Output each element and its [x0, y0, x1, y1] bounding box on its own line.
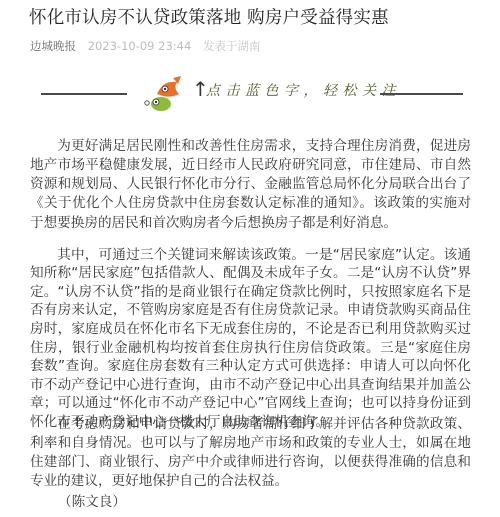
- divider-left: [41, 93, 127, 95]
- article-meta: 边城晚报 2023-10-09 23:44 发表于湖南: [30, 38, 260, 54]
- publish-date: 2023-10-09 23:44: [88, 39, 192, 53]
- follow-banner[interactable]: ↑ 点击蓝色字，轻松关注: [0, 72, 500, 114]
- follow-prompt[interactable]: 点击蓝色字，轻松关注: [206, 80, 401, 102]
- publish-location: 发表于湖南: [203, 39, 261, 53]
- fish-logo-icon: [143, 74, 191, 114]
- paragraph-1: 为更好满足居民刚性和改善性住房需求，支持合理住房消费，促进房地产市场平稳健康发展…: [30, 137, 471, 233]
- paragraph-2: 其中，可通过三个关键词来解读该政策。一是“居民家庭”认定。该通知所称“居民家庭”…: [30, 246, 471, 432]
- article-title: 怀化市认房不认贷政策落地 购房户受益得实惠: [29, 7, 479, 29]
- author-credit: （陈文良）: [58, 493, 126, 511]
- paragraph-3: 在考虑购房和申请贷款时，购房者需仔细了解并评估各种贷款政策、利率和自身情况。也可…: [30, 415, 471, 492]
- source-link[interactable]: 边城晚报: [30, 39, 76, 53]
- divider-right: [380, 93, 463, 95]
